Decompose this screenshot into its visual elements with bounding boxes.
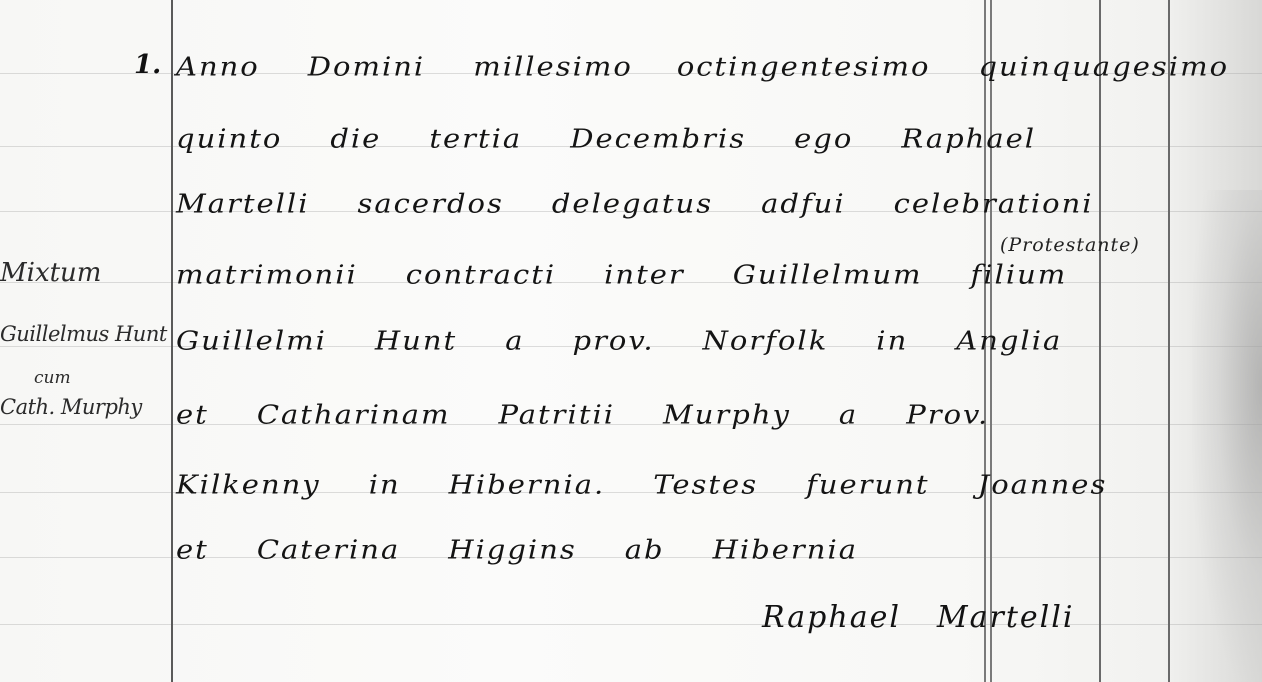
word: die [330, 123, 381, 154]
word: quinto [176, 123, 282, 154]
word: sacerdos [358, 188, 504, 219]
word: delegatus [552, 188, 713, 219]
word: Caterina [257, 534, 400, 565]
word: Hibernia [713, 534, 858, 565]
word: Anglia [956, 325, 1062, 356]
signature-surname: Martelli [937, 600, 1075, 635]
word: tertia [429, 123, 522, 154]
word: prov. [573, 325, 655, 356]
word: in [876, 325, 908, 356]
word: quinquagesimo [978, 51, 1229, 82]
word: Murphy [663, 399, 791, 430]
word: Martelli [176, 188, 310, 219]
word: filium [971, 259, 1068, 290]
register-page: Mixtum Guillelmus Hunt cum Cath. Murphy … [0, 0, 1262, 682]
body-line-6: etCatharinamPatritiiMurphyaProv. [176, 399, 989, 430]
word: Domini [308, 51, 425, 82]
body-line-1: AnnoDominimillesimooctingentesimoquinqua… [176, 51, 1229, 82]
word: octingentesimo [677, 51, 931, 82]
interlinear-note: (Protestante) [1000, 234, 1140, 256]
signature-first-name: Raphael [762, 600, 901, 635]
word: Patritii [499, 399, 616, 430]
word: Catharinam [257, 399, 451, 430]
word: Prov. [906, 399, 989, 430]
word: millesimo [473, 51, 633, 82]
word: in [369, 469, 401, 500]
word: a [505, 325, 524, 356]
word: adfui [761, 188, 846, 219]
word: Guillelmi [176, 325, 327, 356]
word: matrimonii [176, 259, 358, 290]
word: Raphael [901, 123, 1036, 154]
word: Guillelmum [733, 259, 923, 290]
word: Hunt [375, 325, 457, 356]
word: inter [604, 259, 685, 290]
word: Higgins [448, 534, 577, 565]
word: contracti [406, 259, 556, 290]
column-rule [1099, 0, 1101, 682]
word: et [176, 399, 209, 430]
body-line-7: KilkennyinHibernia.TestesfueruntJoannes [176, 469, 1107, 500]
word: et [176, 534, 209, 565]
word: a [839, 399, 858, 430]
word: ego [794, 123, 853, 154]
margin-bride-name: Cath. Murphy [0, 395, 142, 419]
column-rule [1168, 0, 1170, 682]
margin-conjunction: cum [34, 368, 71, 388]
word: Joannes [978, 469, 1108, 500]
word: celebrationi [894, 188, 1094, 219]
priest-signature: RaphaelMartelli [762, 600, 1074, 635]
entry-number: 1. [134, 50, 161, 80]
word: Norfolk [703, 325, 829, 356]
body-line-8: etCaterinaHigginsabHibernia [176, 534, 858, 565]
word: ab [625, 534, 665, 565]
margin-title: Mixtum [0, 258, 101, 288]
margin-rule [171, 0, 173, 682]
word: Anno [176, 51, 260, 82]
body-line-2: quintodietertiaDecembrisegoRaphael [176, 123, 1036, 154]
paper-stain [1192, 190, 1262, 682]
word: Testes [653, 469, 758, 500]
word: fuerunt [806, 469, 929, 500]
margin-groom-name: Guillelmus Hunt [0, 322, 167, 346]
body-line-3: Martellisacerdosdelegatusadfuicelebratio… [176, 188, 1094, 219]
body-line-5: GuillelmiHuntaprov.NorfolkinAnglia [176, 325, 1062, 356]
word: Hibernia. [449, 469, 606, 500]
word: Decembris [570, 123, 746, 154]
body-line-4: matrimoniicontractiinterGuillelmumfilium [176, 259, 1067, 290]
word: Kilkenny [176, 469, 321, 500]
